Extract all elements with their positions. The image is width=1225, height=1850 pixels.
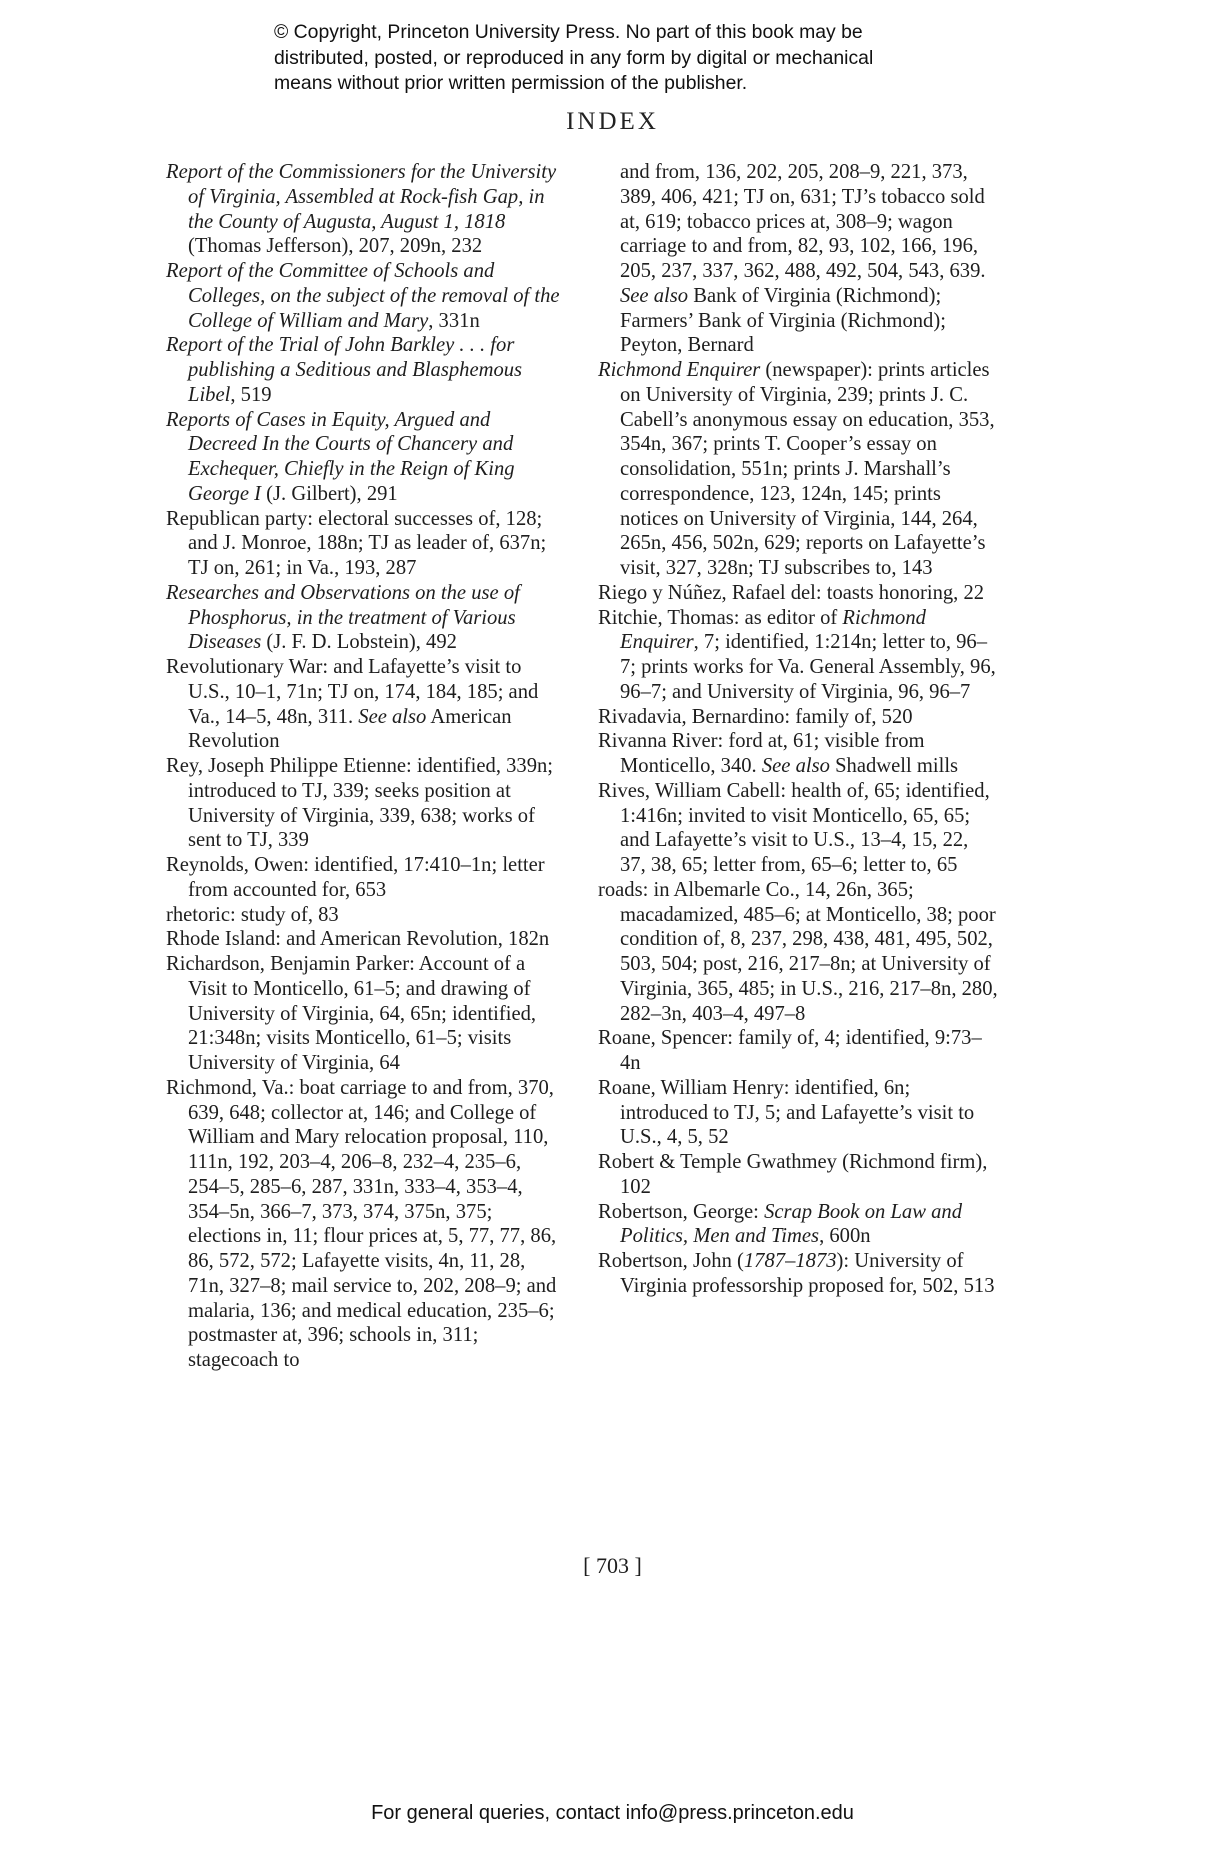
index-column-left: Report of the Commissioners for the Univ…	[166, 160, 561, 1373]
index-entry: Riego y Núñez, Rafael del: toasts honori…	[598, 581, 998, 606]
copyright-notice: © Copyright, Princeton University Press.…	[274, 20, 994, 97]
copyright-line: means without prior written permission o…	[274, 71, 994, 97]
italic-title-text: Richmond Enquirer	[598, 359, 760, 381]
index-column-right: and from, 136, 202, 205, 208–9, 221, 373…	[598, 160, 998, 1299]
index-entry: Robert & Temple Gwathmey (Richmond firm)…	[598, 1150, 998, 1200]
italic-title-text: See also	[762, 755, 830, 777]
italic-title-text: Report of the Trial of John Barkley . . …	[166, 334, 522, 406]
entry-text: Rey, Joseph Philippe Etienne: identified…	[166, 755, 553, 851]
entry-text: Rhode Island: and American Revolution, 1…	[166, 928, 549, 950]
entry-text: (J. F. D. Lobstein), 492	[261, 631, 457, 653]
index-entry: Richmond, Va.: boat carriage to and from…	[166, 1076, 561, 1373]
index-entry: Robertson, George: Scrap Book on Law and…	[598, 1200, 998, 1250]
entry-text: , 600n	[819, 1225, 870, 1247]
index-entry: Richardson, Benjamin Parker: Account of …	[166, 952, 561, 1076]
entry-text: Reynolds, Owen: identified, 17:410–1n; l…	[166, 854, 545, 901]
index-entry: rhetoric: study of, 83	[166, 903, 561, 928]
entry-text: Robertson, George:	[598, 1201, 764, 1223]
index-entry: Rhode Island: and American Revolution, 1…	[166, 927, 561, 952]
index-entry: Robertson, John (1787–1873): University …	[598, 1249, 998, 1299]
entry-text: Richmond, Va.: boat carriage to and from…	[166, 1077, 556, 1371]
entry-text: (Thomas Jefferson), 207, 209n, 232	[188, 235, 482, 257]
italic-title-text: See also	[358, 706, 426, 728]
entry-text: rhetoric: study of, 83	[166, 904, 339, 926]
page-title: INDEX	[0, 108, 1225, 136]
index-entry: roads: in Albemarle Co., 14, 26n, 365; m…	[598, 878, 998, 1027]
index-entry: Reynolds, Owen: identified, 17:410–1n; l…	[166, 853, 561, 903]
entry-text: Richardson, Benjamin Parker: Account of …	[166, 953, 536, 1074]
entry-text: Rives, William Cabell: health of, 65; id…	[598, 780, 990, 876]
entry-text: (newspaper): prints articles on Universi…	[620, 359, 995, 579]
entry-text: roads: in Albemarle Co., 14, 26n, 365; m…	[598, 879, 998, 1025]
index-entry-continuation: and from, 136, 202, 205, 208–9, 221, 373…	[598, 160, 998, 358]
footer-contact: For general queries, contact info@press.…	[0, 1802, 1225, 1825]
italic-title-text: 1787–1873	[744, 1250, 837, 1272]
italic-title-text: Report of the Commissioners for the Univ…	[166, 161, 556, 233]
index-entry: Rives, William Cabell: health of, 65; id…	[598, 779, 998, 878]
entry-text: Ritchie, Thomas: as editor of	[598, 607, 842, 629]
entry-text: , 519	[230, 384, 271, 406]
index-entry: Roane, William Henry: identified, 6n; in…	[598, 1076, 998, 1150]
italic-title-text: See also	[620, 285, 688, 307]
index-entry: Richmond Enquirer (newspaper): prints ar…	[598, 358, 998, 581]
index-entry: Report of the Trial of John Barkley . . …	[166, 333, 561, 407]
index-entry: Researches and Observations on the use o…	[166, 581, 561, 655]
entry-text: Robertson, John (	[598, 1250, 744, 1272]
index-entry: Reports of Cases in Equity, Argued and D…	[166, 408, 561, 507]
copyright-line: distributed, posted, or reproduced in an…	[274, 46, 994, 72]
index-entry: Rivadavia, Bernardino: family of, 520	[598, 705, 998, 730]
entry-text: Robert & Temple Gwathmey (Richmond firm)…	[598, 1151, 987, 1198]
copyright-line: © Copyright, Princeton University Press.…	[274, 20, 994, 46]
index-entry: Report of the Commissioners for the Univ…	[166, 160, 561, 259]
index-entry: Ritchie, Thomas: as editor of Richmond E…	[598, 606, 998, 705]
entry-text: Shadwell mills	[830, 755, 958, 777]
page-number: [ 703 ]	[0, 1553, 1225, 1579]
entry-text: Riego y Núñez, Rafael del: toasts honori…	[598, 582, 984, 604]
entry-text: Rivadavia, Bernardino: family of, 520	[598, 706, 913, 728]
entry-text: Roane, Spencer: family of, 4; identified…	[598, 1027, 982, 1074]
index-entry: Revolutionary War: and Lafayette’s visit…	[166, 655, 561, 754]
index-entry: Report of the Committee of Schools and C…	[166, 259, 561, 333]
index-entry: Roane, Spencer: family of, 4; identified…	[598, 1026, 998, 1076]
index-entry: Rivanna River: ford at, 61; visible from…	[598, 729, 998, 779]
index-entry: Rey, Joseph Philippe Etienne: identified…	[166, 754, 561, 853]
italic-title-text: Report of the Committee of Schools and C…	[166, 260, 560, 332]
index-entry: Republican party: electoral successes of…	[166, 507, 561, 581]
entry-text: , 331n	[428, 310, 479, 332]
entry-text: Roane, William Henry: identified, 6n; in…	[598, 1077, 974, 1149]
entry-text: (J. Gilbert), 291	[261, 483, 398, 505]
entry-text: Republican party: electoral successes of…	[166, 508, 546, 580]
entry-text: and from, 136, 202, 205, 208–9, 221, 373…	[620, 161, 986, 282]
